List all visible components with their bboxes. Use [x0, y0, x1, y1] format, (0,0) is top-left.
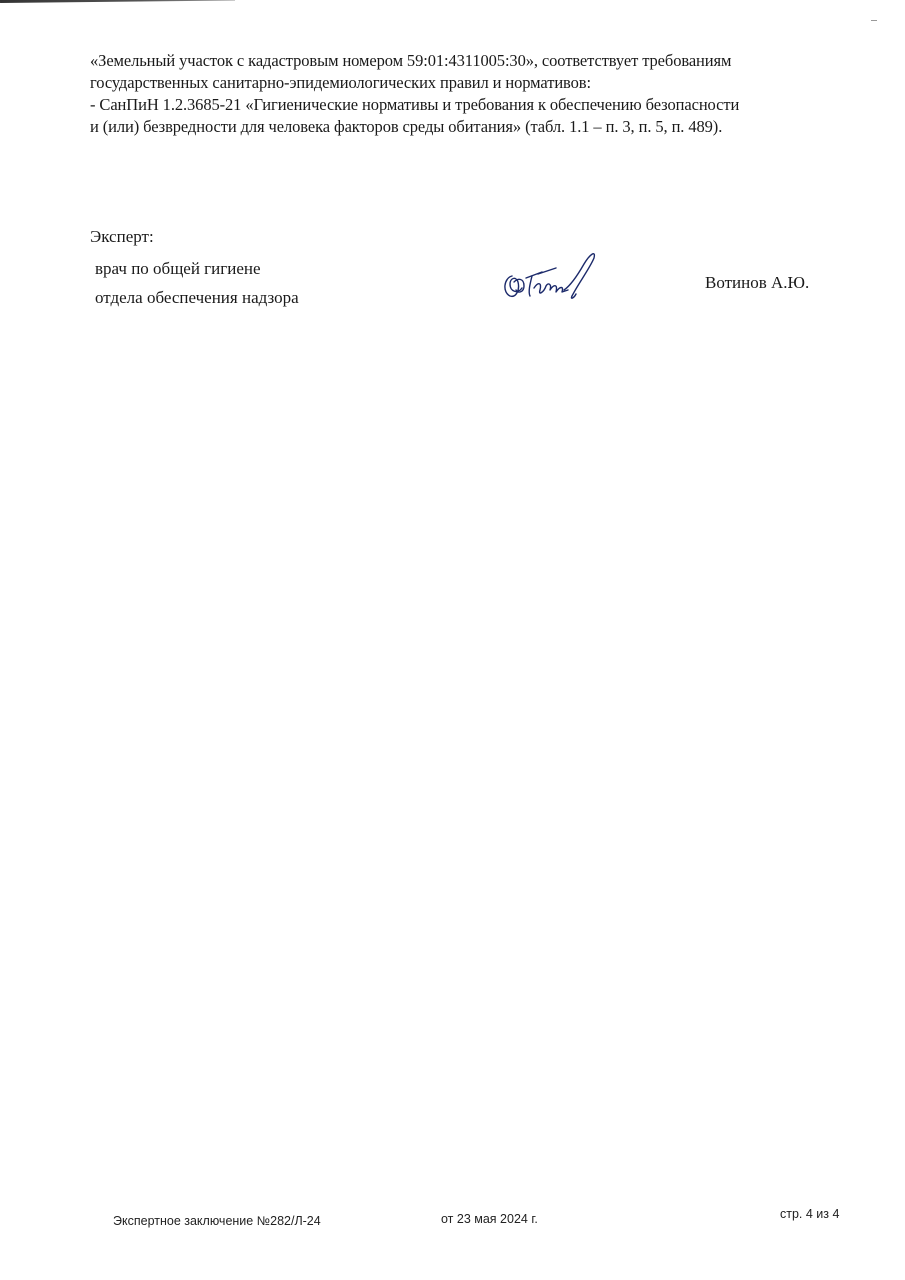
footer-date: от 23 мая 2024 г.: [441, 1212, 538, 1226]
conclusion-paragraph: «Земельный участок с кадастровым номером…: [90, 50, 830, 138]
footer-page-number: стр. 4 из 4: [780, 1207, 839, 1221]
scan-edge-line: [0, 0, 235, 3]
paragraph-line: - СанПиН 1.2.3685-21 «Гигиенические норм…: [90, 94, 830, 116]
expert-label: Эксперт:: [90, 226, 154, 248]
signature-icon: [498, 248, 608, 308]
expert-name: Вотинов А.Ю.: [705, 273, 809, 293]
paragraph-line: «Земельный участок с кадастровым номером…: [90, 50, 830, 72]
paragraph-line: государственных санитарно-эпидемиологиче…: [90, 72, 830, 94]
footer-document-number: Экспертное заключение №282/Л-24: [113, 1214, 321, 1228]
expert-position-line2: отдела обеспечения надзора: [95, 287, 299, 309]
expert-position-line1: врач по общей гигиене: [95, 258, 261, 280]
paragraph-line: и (или) безвредности для человека фактор…: [90, 116, 830, 138]
scan-artifact: [871, 20, 877, 21]
